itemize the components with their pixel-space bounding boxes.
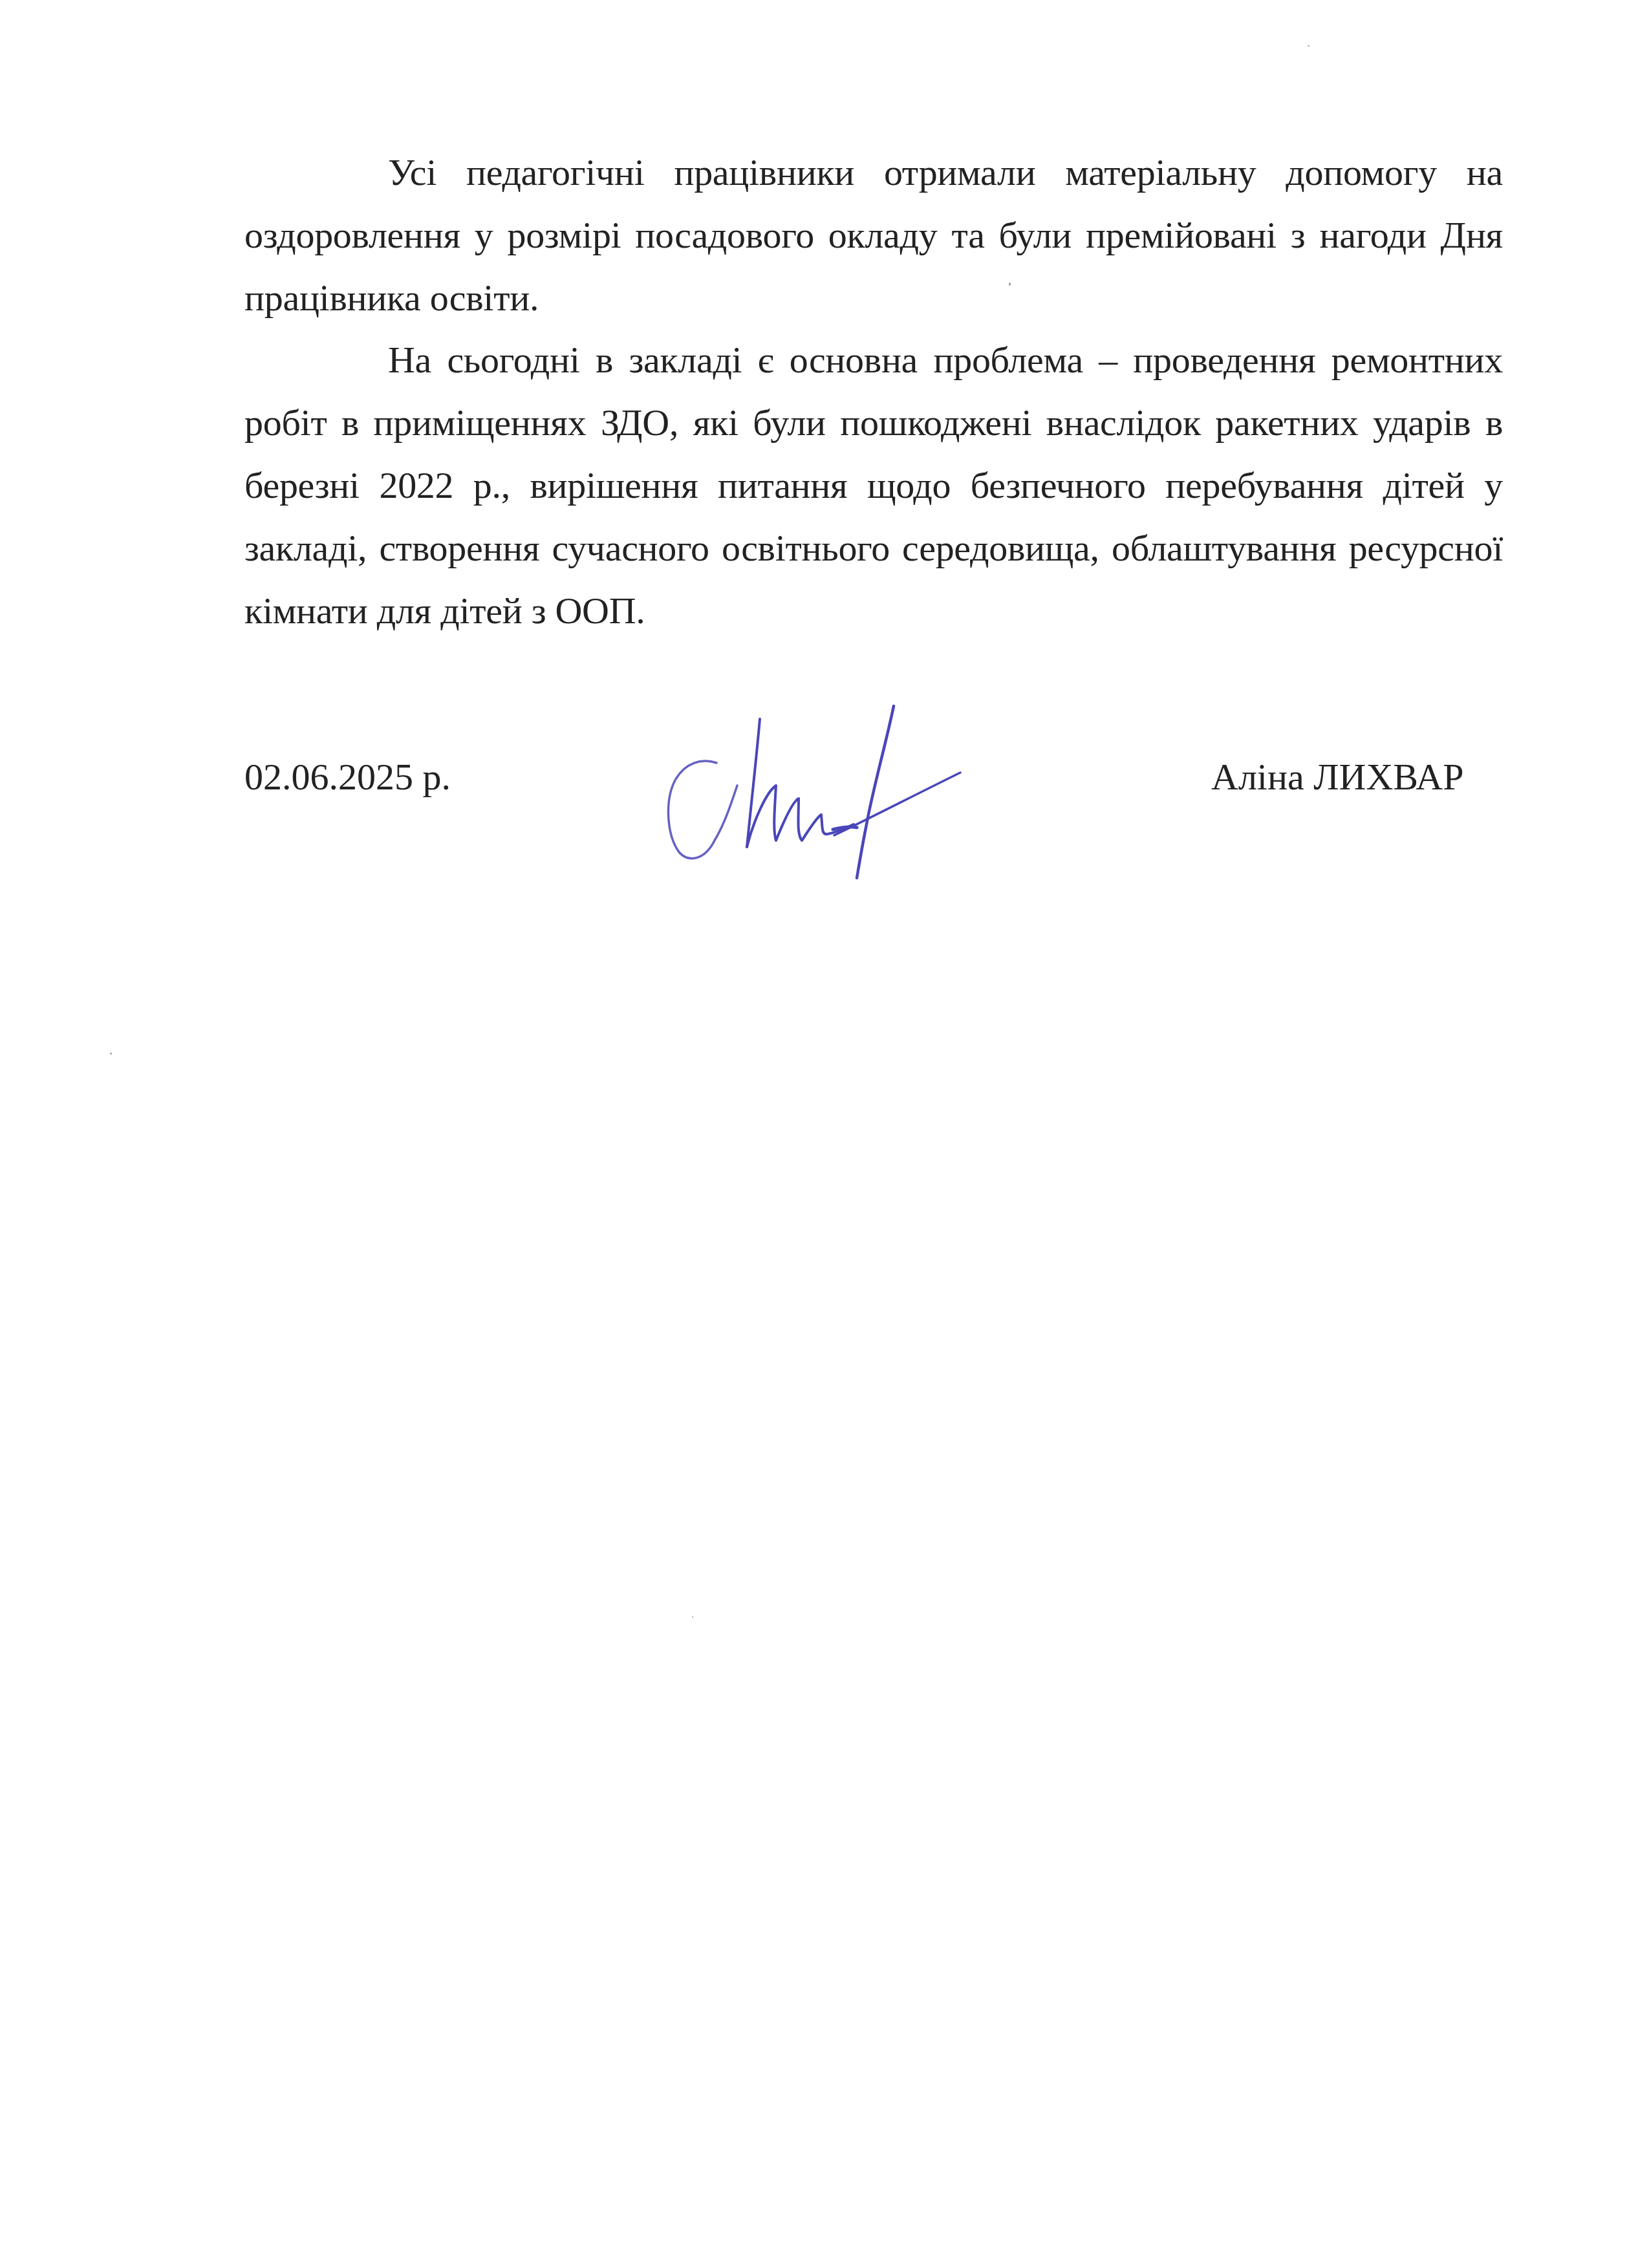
document-page: Усі педагогічні працівники отримали мате… bbox=[0, 0, 1649, 2268]
scan-speck bbox=[1308, 45, 1309, 47]
paragraph-financial-assistance: Усі педагогічні працівники отримали мате… bbox=[244, 141, 1503, 329]
document-date: 02.06.2025 р. bbox=[244, 750, 451, 804]
paragraph-text: На сьогодні в закладі є основна проблема… bbox=[244, 328, 1503, 642]
scan-speck bbox=[692, 1616, 693, 1618]
handwritten-signature-icon bbox=[647, 692, 996, 886]
paragraph-main-problems: На сьогодні в закладі є основна проблема… bbox=[244, 328, 1503, 642]
signer-name: Аліна ЛИХВАР bbox=[1211, 750, 1464, 804]
scan-speck bbox=[1009, 283, 1011, 286]
scan-speck bbox=[110, 1053, 112, 1054]
paragraph-text: Усі педагогічні працівники отримали мате… bbox=[244, 141, 1503, 329]
